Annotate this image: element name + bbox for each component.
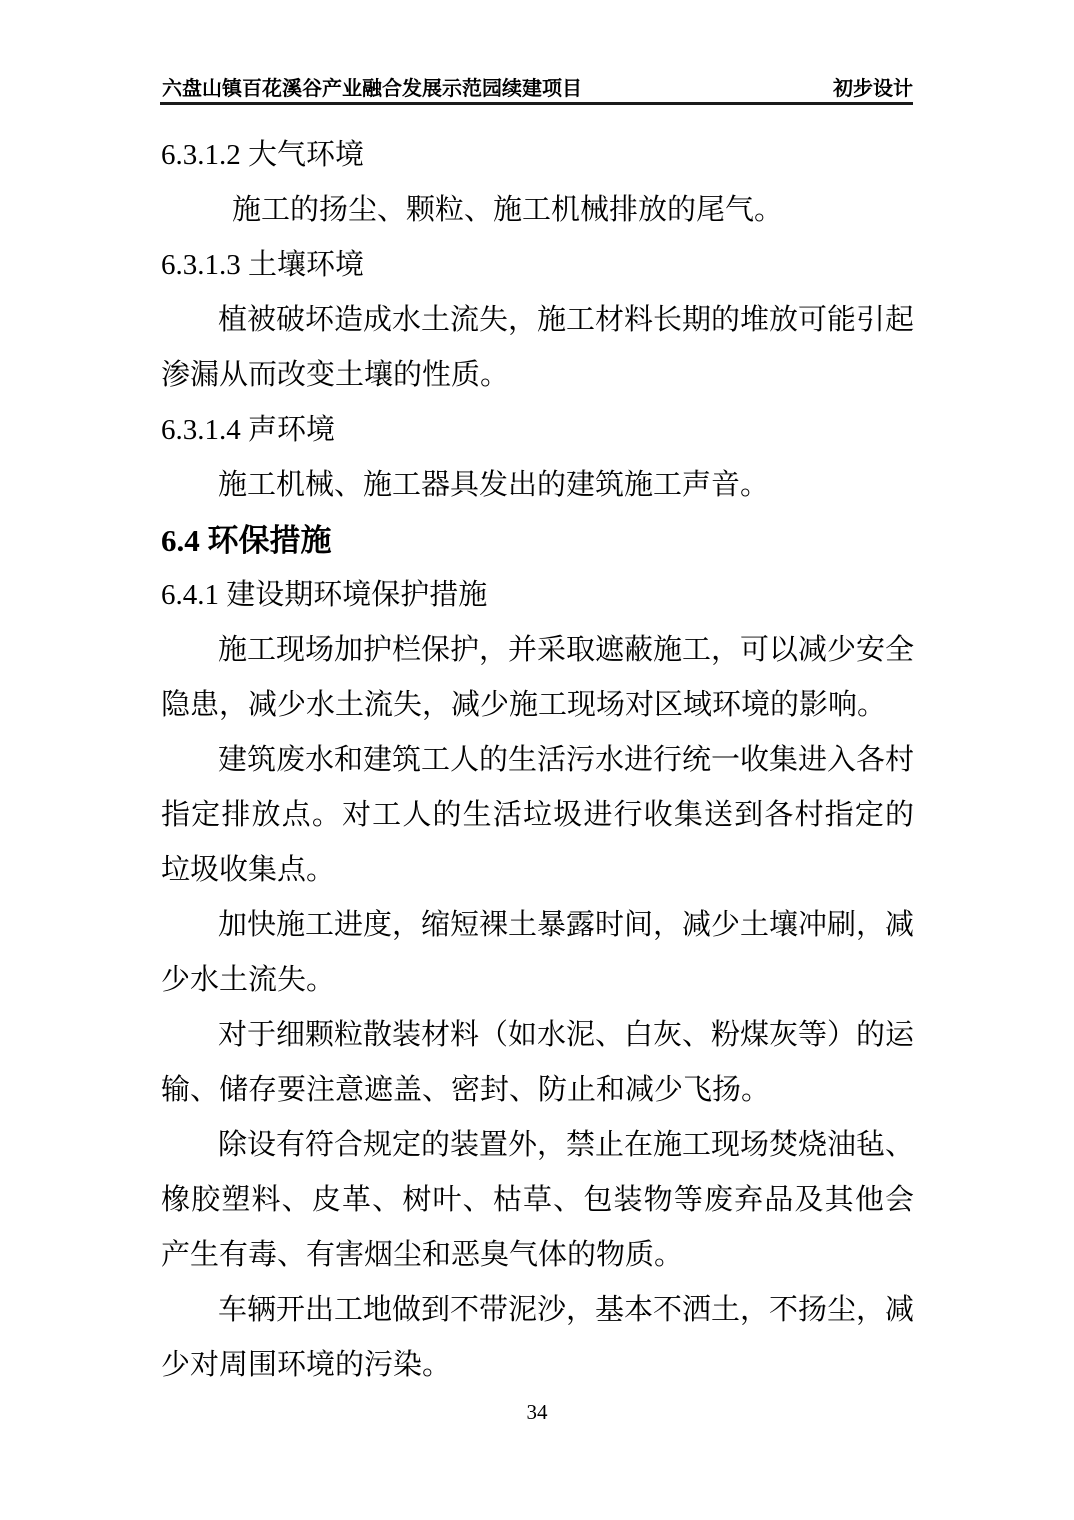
paragraph-burning-ban: 除设有符合规定的装置外，禁止在施工现场焚烧油毡、橡胶塑料、皮革、树叶、枯草、包装… [161, 1118, 914, 1283]
page-number: 34 [527, 1400, 548, 1424]
paragraph-exhaust: 施工的扬尘、颗粒、施工机械排放的尾气。 [161, 183, 914, 238]
header-doc-stage: 初步设计 [833, 72, 913, 101]
document-page: 六盘山镇百花溪谷产业融合发展示范园续建项目 初步设计 6.3.1.2 大气环境 … [0, 0, 1074, 1520]
section-heading-6-3-1-4: 6.3.1.4 声环境 [161, 403, 914, 458]
section-heading-6-4: 6.4 环保措施 [161, 513, 914, 568]
section-heading-6-3-1-2: 6.3.1.2 大气环境 [161, 128, 914, 183]
paragraph-noise: 施工机械、施工器具发出的建筑施工声音。 [161, 458, 914, 513]
section-heading-6-4-1: 6.4.1 建设期环境保护措施 [161, 568, 914, 623]
section-heading-6-3-1-3: 6.3.1.3 土壤环境 [161, 238, 914, 293]
header-rule [160, 102, 913, 105]
paragraph-wastewater: 建筑废水和建筑工人的生活污水进行统一收集进入各村指定排放点。对工人的生活垃圾进行… [161, 733, 914, 898]
header-project-title: 六盘山镇百花溪谷产业融合发展示范园续建项目 [162, 72, 582, 101]
document-body: 6.3.1.2 大气环境 施工的扬尘、颗粒、施工机械排放的尾气。 6.3.1.3… [161, 128, 914, 1393]
page-footer: 34 [0, 1400, 1074, 1425]
paragraph-vehicles: 车辆开出工地做到不带泥沙，基本不洒土，不扬尘，减少对周围环境的污染。 [161, 1283, 914, 1393]
paragraph-fence: 施工现场加护栏保护，并采取遮蔽施工，可以减少安全隐患，减少水土流失，减少施工现场… [161, 623, 914, 733]
paragraph-soil: 植被破坏造成水土流失，施工材料长期的堆放可能引起渗漏从而改变土壤的性质。 [161, 293, 914, 403]
paragraph-materials: 对于细颗粒散装材料（如水泥、白灰、粉煤灰等）的运输、储存要注意遮盖、密封、防止和… [161, 1008, 914, 1118]
page-header: 六盘山镇百花溪谷产业融合发展示范园续建项目 初步设计 [162, 72, 913, 101]
paragraph-schedule: 加快施工进度，缩短裸土暴露时间，减少土壤冲刷，减少水土流失。 [161, 898, 914, 1008]
